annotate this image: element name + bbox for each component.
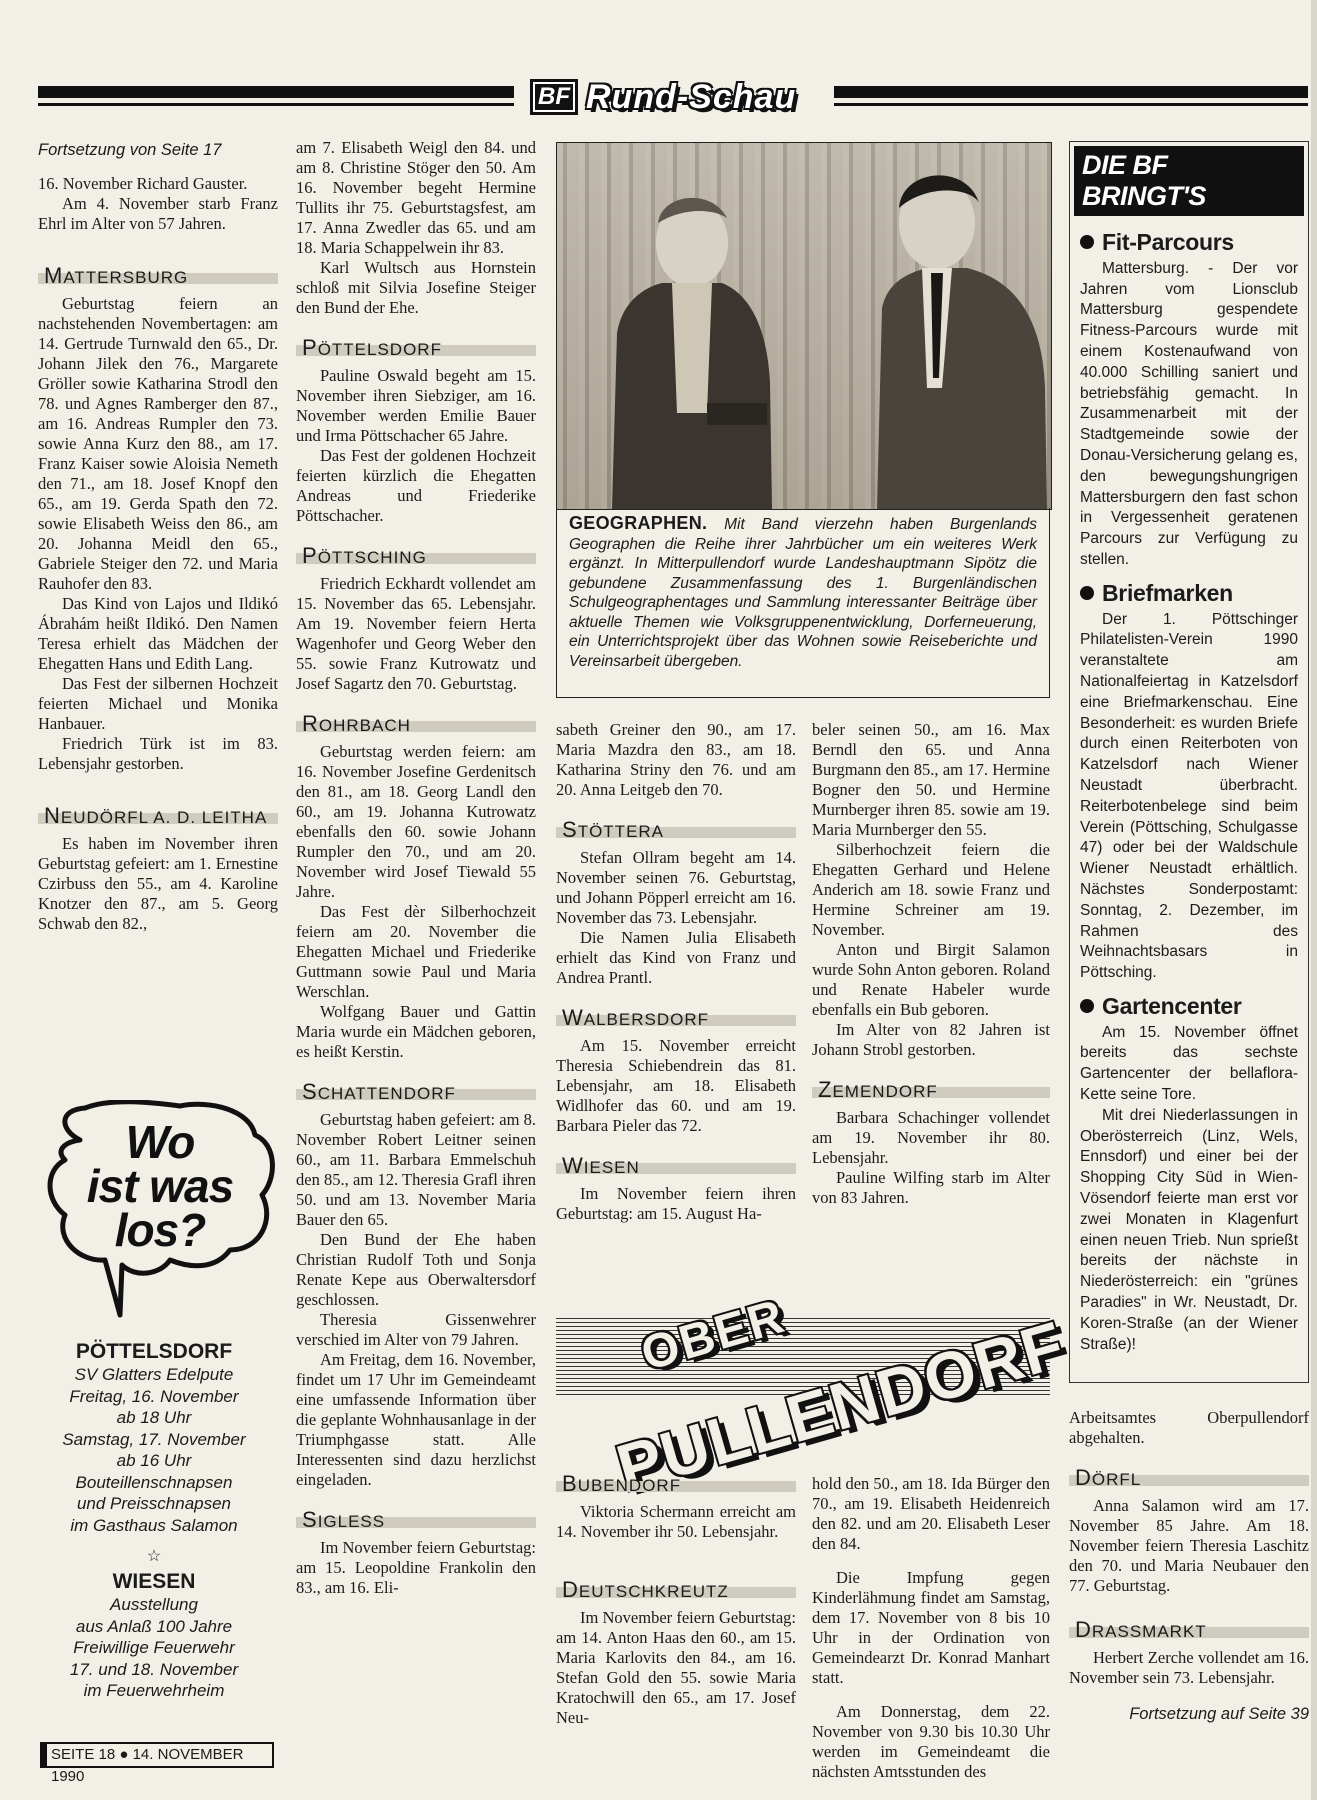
section-heading-poettelsdorf: Pöttelsdorf: [296, 336, 536, 358]
paragraph: Friedrich Eckhardt vollendet am 15. Nove…: [296, 574, 536, 694]
paragraph: Geburtstag werden feiern: am 16. Novembe…: [296, 742, 536, 902]
event-poettelsdorf: PÖTTELSDORF SV Glatters Edelpute Freitag…: [36, 1340, 272, 1702]
paragraph: Am 4. November starb Franz Ehrl im Alter…: [38, 194, 278, 234]
paragraph: Herbert Zerche vollendet am 16. November…: [1069, 1648, 1309, 1688]
paragraph: Am 15. November erreicht Theresia Schieb…: [556, 1036, 796, 1136]
paragraph: Anton und Birgit Salamon wurde Sohn Anto…: [812, 940, 1050, 1020]
section-heading-walbersdorf: Walbersdorf: [556, 1006, 796, 1028]
column-5: Arbeitsamtes Oberpullendorf abgehalten. …: [1069, 1408, 1309, 1738]
star-icon: ☆: [36, 1546, 272, 1566]
header-rule-left: [38, 86, 514, 98]
section-heading-zemendorf: Zemendorf: [812, 1078, 1050, 1100]
paragraph: Im Alter von 82 Jahren ist Johann Strobl…: [812, 1020, 1050, 1060]
box-heading: Gartencenter: [1080, 996, 1298, 1017]
paragraph: Am Donnerstag, dem 22. November von 9.30…: [812, 1702, 1050, 1782]
paragraph: Das Fest der goldenen Hochzeit feierten …: [296, 446, 536, 526]
paragraph: Mit drei Niederlassungen in Oberösterrei…: [1080, 1106, 1298, 1356]
paragraph: Am 15. November öffnet bereits das sechs…: [1080, 1023, 1298, 1106]
continued-on: Fortsetzung auf Seite 39: [1069, 1704, 1309, 1724]
bullet-icon: [1080, 586, 1094, 600]
paragraph: Barbara Schachinger vollendet am 19. Nov…: [812, 1108, 1050, 1168]
section-heading-rohrbach: Rohrbach: [296, 712, 536, 734]
column-2: am 7. Elisabeth Weigl den 84. und am 8. …: [296, 138, 536, 1598]
column-3: sabeth Greiner den 90., am 17. Maria Maz…: [556, 720, 796, 1224]
page-footer: SEITE 18 ● 14. NOVEMBER 1990: [40, 1742, 274, 1768]
paragraph: Am Freitag, dem 16. November, findet um …: [296, 1350, 536, 1490]
paragraph: sabeth Greiner den 90., am 17. Maria Maz…: [556, 720, 796, 800]
paragraph: Das Kind von Lajos und Ildikó Ábrahám he…: [38, 594, 278, 674]
bubble-title: Wo ist was los?: [40, 1120, 280, 1252]
paragraph: Der 1. Pöttschinger Philatelisten-Verein…: [1080, 610, 1298, 984]
person-left-icon: [602, 183, 772, 509]
person-right-icon: [857, 158, 1047, 509]
bullet-icon: [1080, 999, 1094, 1013]
paragraph: Die Impfung gegen Kinderlähmung findet a…: [812, 1568, 1050, 1688]
paragraph: Friedrich Türk ist im 83. Lebensjahr ges…: [38, 734, 278, 774]
paragraph: Es haben im November ihren Geburtstag ge…: [38, 834, 278, 934]
paragraph: hold den 50., am 18. Ida Bürger den 70.,…: [812, 1474, 1050, 1554]
header-rule-right: [834, 86, 1308, 98]
paragraph: Viktoria Schermann erreicht am 14. Novem…: [556, 1502, 796, 1542]
paragraph: beler seinen 50., am 16. Max Berndl den …: [812, 720, 1050, 840]
paragraph: Theresia Gissenwehrer verschied im Alter…: [296, 1310, 536, 1350]
bf-logo: BF: [530, 79, 578, 115]
event-place: WIESEN: [36, 1570, 272, 1594]
bf-bringts-box: DIE BF BRINGT'S Fit-Parcours Mattersburg…: [1069, 141, 1309, 1383]
paragraph: Pauline Oswald begeht am 15. November ih…: [296, 366, 536, 446]
paragraph: Geburtstag haben gefeiert: am 8. Novembe…: [296, 1110, 536, 1230]
section-heading-wiesen: Wiesen: [556, 1154, 796, 1176]
section-heading-schattendorf: Schattendorf: [296, 1080, 536, 1102]
bullet-icon: [1080, 235, 1094, 249]
paragraph: am 7. Elisabeth Weigl den 84. und am 8. …: [296, 138, 536, 258]
news-photo: [556, 142, 1052, 510]
box-heading: Briefmarken: [1080, 583, 1298, 604]
continued-from: Fortsetzung von Seite 17: [38, 140, 278, 160]
paragraph: Silberhochzeit feiern die Ehegatten Gerh…: [812, 840, 1050, 940]
event-place: PÖTTELSDORF: [36, 1340, 272, 1364]
section-heading-stoettera: Stöttera: [556, 818, 796, 840]
paragraph: Das Fest dèr Silberhochzeit feiern am 20…: [296, 902, 536, 1002]
paragraph: Pauline Wilfing starb im Alter von 83 Ja…: [812, 1168, 1050, 1208]
column-4b: hold den 50., am 18. Ida Bürger den 70.,…: [812, 1474, 1050, 1782]
section-title: Rund-Schau: [586, 78, 796, 117]
page-edge-shadow: [1311, 0, 1317, 1800]
section-heading-neudoerfl: Neudörfl a. d. Leitha: [38, 804, 278, 826]
paragraph: Karl Wultsch aus Hornstein schloß mit Si…: [296, 258, 536, 318]
section-heading-doerfl: Dörfl: [1069, 1466, 1309, 1488]
column-4: beler seinen 50., am 16. Max Berndl den …: [812, 720, 1050, 1208]
caption-lead: GEOGRAPHEN.: [569, 513, 707, 533]
section-heading-mattersburg: Mattersburg: [38, 264, 278, 286]
column-3b: Bubendorf Viktoria Schermann erreicht am…: [556, 1464, 796, 1728]
paragraph: Wolfgang Bauer und Gattin Maria wurde ei…: [296, 1002, 536, 1062]
paragraph: Anna Salamon wird am 17. November 85 Jah…: [1069, 1496, 1309, 1596]
paragraph: Im November feiern ihren Geburtstag: am …: [556, 1184, 796, 1224]
banner-line-1: OBER: [635, 1289, 791, 1382]
paragraph: Das Fest der silbernen Hochzeit feierten…: [38, 674, 278, 734]
section-heading-drassmarkt: Drassmarkt: [1069, 1618, 1309, 1640]
paragraph: Stefan Ollram begeht am 14. November sei…: [556, 848, 796, 928]
section-heading-deutschkreutz: Deutschkreutz: [556, 1578, 796, 1600]
caption-text: Mit Band vierzehn haben Burgenlands Geog…: [569, 516, 1037, 670]
header-rule-left-thin: [38, 103, 514, 106]
paragraph: 16. November Richard Gauster.: [38, 174, 278, 194]
column-1: Fortsetzung von Seite 17 16. November Ri…: [38, 138, 278, 934]
wo-ist-was-los-bubble: Wo ist was los?: [40, 1100, 280, 1320]
header-rule-right-thin: [834, 103, 1308, 106]
section-heading-sigless: Sigless: [296, 1508, 536, 1530]
paragraph: Im November feiern Geburtstag: am 14. An…: [556, 1608, 796, 1728]
paragraph: Arbeitsamtes Oberpullendorf abgehalten.: [1069, 1408, 1309, 1448]
paragraph: Mattersburg. - Der vor Jahren vom Lionsc…: [1080, 259, 1298, 571]
paragraph: Geburtstag feiern an nachstehenden Novem…: [38, 294, 278, 594]
section-heading-poettsching: Pöttsching: [296, 544, 536, 566]
box-title: DIE BF BRINGT'S: [1074, 146, 1304, 216]
masthead: BF Rund-Schau: [530, 78, 796, 116]
photo-caption: GEOGRAPHEN. Mit Band vierzehn haben Burg…: [556, 508, 1050, 698]
paragraph: Die Namen Julia Elisabeth erhielt das Ki…: [556, 928, 796, 988]
paragraph: Den Bund der Ehe haben Christian Rudolf …: [296, 1230, 536, 1310]
paragraph: Im November feiern Geburtstag: am 15. Le…: [296, 1538, 536, 1598]
box-heading: Fit-Parcours: [1080, 232, 1298, 253]
section-heading-bubendorf: Bubendorf: [556, 1472, 796, 1494]
oberpullendorf-banner: OBER PULLENDORF: [600, 1278, 1020, 1478]
